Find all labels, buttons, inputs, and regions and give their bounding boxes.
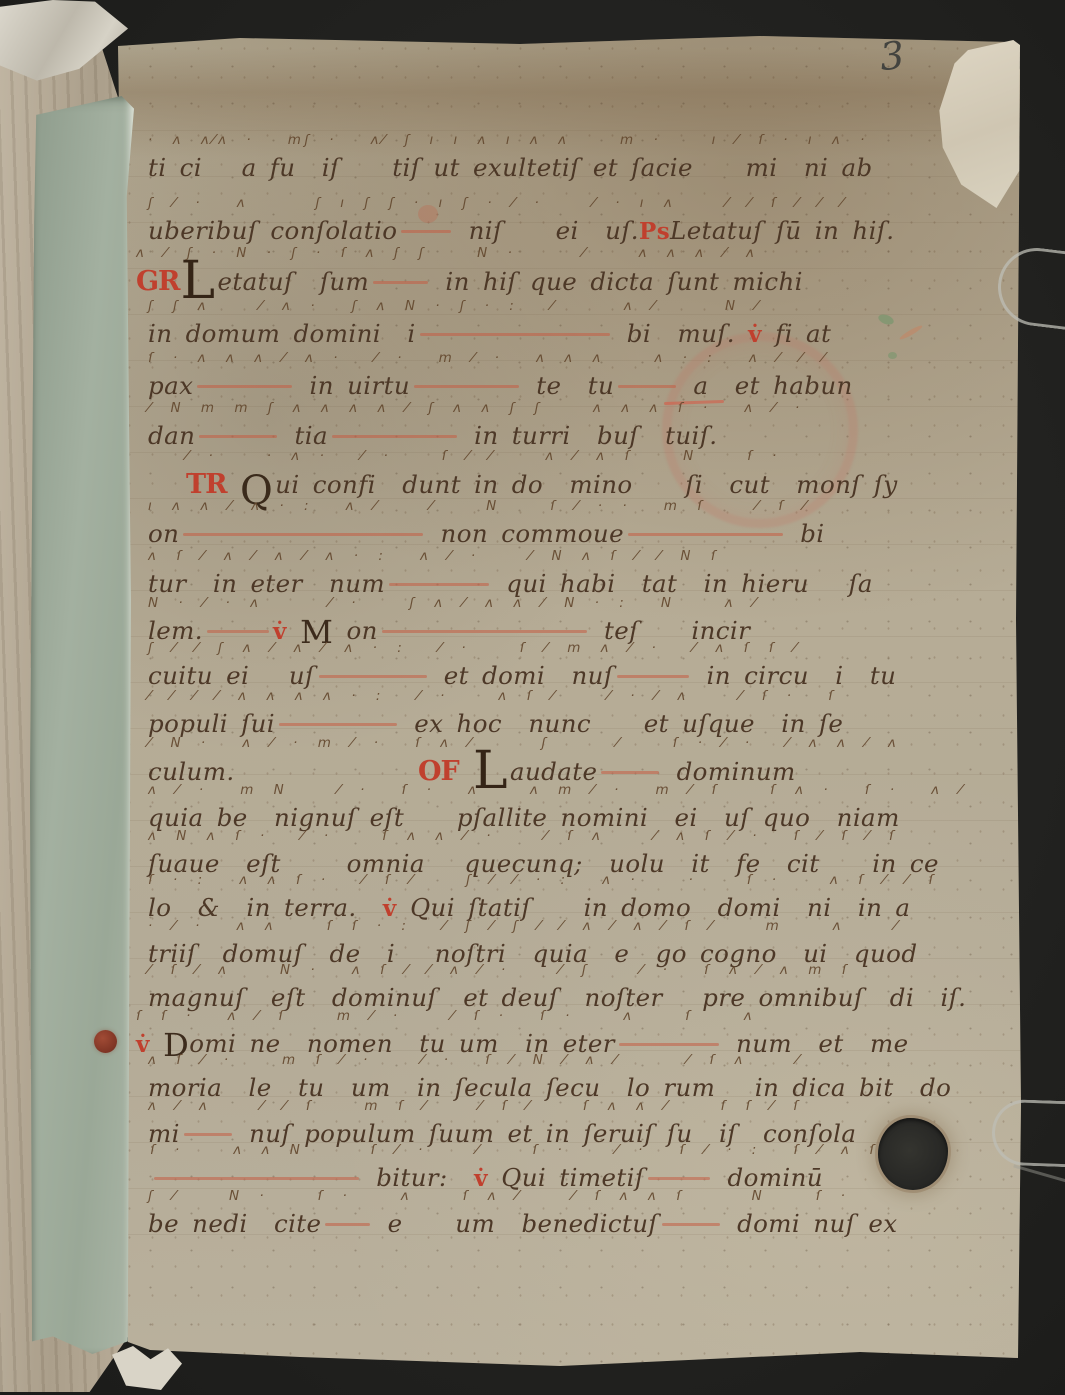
manuscript-line-4: ʃ ʃ ʌ ⁄ ʌ · ʃ ʌ N · ʃ · : ⁄ ʌ ⁄ N ⁄in do… (148, 298, 878, 348)
manuscript-line-9: ʌ ſ ⁄ ʌ ⁄ ʌ ⁄ ʌ · : ʌ ⁄ · ⁄ N ʌ ſ ⁄ ⁄ N … (148, 548, 878, 598)
word-group: in turri buſ tuiſ. (461, 421, 717, 450)
neume-row: ʌ ſ ⁄ · m ſ ⁄ · ⁄ · ſ ⁄ N ⁄ ʌ ⁄ ⁄ ſ ʌ ⁄ (148, 1052, 878, 1073)
neume-row: · ⁄ · ʌ ʌ ſ ſ · : ⁄ ʃ ⁄ ʃ ⁄ ⁄ ʌ ⁄ ʌ ⁄ ſ … (148, 918, 878, 939)
manuscript-line-23: ʃ ⁄ N · ſ · ʌ ſ ʌ ⁄ ⁄ ſ ʌ ʌ ſ N ſ ·be ne… (148, 1188, 878, 1238)
word-group: bi muſ. (614, 319, 749, 348)
folio-number: 3 (878, 33, 907, 79)
red-wax-drop (94, 1030, 117, 1053)
text-row: pax in uirtu te tu a et habun (148, 371, 878, 400)
text-row: in domum domini i bi muſ. v̇ fi at (148, 319, 878, 348)
neume-row: ʌ ⁄ ʌ ⁄ ⁄ ſ m ſ ⁄ ⁄ ſ ⁄ ſ ʌ ʌ ⁄ ſ ſ ⁄ ſ (148, 1098, 878, 1119)
word-group: niſ (455, 216, 502, 245)
manuscript-line-18: ⁄ ſ ⁄ ʌ N · ʌ ſ ⁄ ⁄ ʌ ⁄ · ⁄ ʃ ⁄ · ſ ʌ ⁄ … (148, 962, 878, 1012)
rubric: TR (186, 469, 240, 500)
neume-row: ſ · ʌ ʌ ʌ ⁄ ʌ · ⁄ · m ⁄ · ʌ ʌ ʌ ʌ · : ʌ … (148, 350, 878, 371)
neume-row: ʌ N ʌ ſ · ⁄ · ſ ʌ ʌ ⁄ · ⁄ ſ ʌ ⁄ ʌ ſ ⁄ · … (148, 828, 878, 849)
neume-row: ʃ ⁄ · ʌ ʃ ı ʃ ʃ · ı ʃ · ⁄ · ⁄ · ı ʌ ⁄ ⁄ … (148, 195, 878, 216)
manuscript-line-12: ⁄ ⁄ ⁄ ⁄ ʌ ʌ ʌ ʌ · : ⁄ · ʌ ſ ⁄ ⁄ · ⁄ ʌ ⁄ … (148, 688, 878, 738)
rubric: v̇ (748, 321, 762, 348)
manuscript-line-14: ʌ ⁄ · m N ⁄ · ſ · ʌ ʌ m ⁄ · m ⁄ ſ ſ ʌ · … (148, 782, 878, 832)
gap-filler-line (617, 675, 689, 678)
gap-filler-line (382, 630, 587, 633)
word-group: cuitu ei uſ (148, 661, 315, 690)
neume-row: ⁄ · · ʌ · ⁄ · ſ ⁄ ⁄ ʌ ⁄ ʌ ſ N ſ · (186, 448, 916, 469)
manuscript-line-1: · ʌ ʌ⁄ʌ · mʃ · ʌ⁄ ʃ ı ı ʌ ı ʌ ʌ m · ı ⁄ … (148, 132, 878, 182)
manuscript-line-16: ſ · : ʌ ʌ ſ · ⁄ ſ ⁄ ʃ ⁄ ⁄ · : ʌ · · ſ · … (148, 872, 878, 922)
gap-filler-line (618, 385, 676, 388)
gap-filler-line (373, 281, 428, 284)
gap-filler-line (628, 533, 783, 536)
gap-filler-line (414, 385, 519, 388)
manuscript-line-13: ⁄ N · ʌ ⁄ · m ⁄ · ſ ʌ ⁄ ʃ ⁄ ſ · ⁄ · ⁄ ʌ … (148, 735, 878, 787)
word-group: domi nuſ ex (724, 1209, 898, 1238)
gap-filler-line (325, 1223, 370, 1226)
manuscript-line-2: ʃ ⁄ · ʌ ʃ ı ʃ ʃ · ı ʃ · ⁄ · ⁄ · ı ʌ ⁄ ⁄ … (148, 195, 878, 245)
word-group: fi at (762, 319, 831, 348)
manuscript-line-5: ſ · ʌ ʌ ʌ ⁄ ʌ · ⁄ · m ⁄ · ʌ ʌ ʌ ʌ · : ʌ … (148, 350, 878, 400)
neume-row: ʌ ⁄ ʃ · N · ʃ · ſ ʌ ʃ ʃ N · ⁄ ʌ ʌ ʌ ⁄ ʌ (136, 245, 866, 266)
manuscript-line-17: · ⁄ · ʌ ʌ ſ ſ · : ⁄ ʃ ⁄ ʃ ⁄ ⁄ ʌ ⁄ ʌ ⁄ ſ … (148, 918, 878, 968)
word-group: dan (148, 421, 195, 450)
text-row: GRLetatuſ ſum in hiſ que dicta ſunt mich… (136, 266, 866, 297)
rubric: GR (136, 266, 180, 297)
neume-row: ʃ ⁄ N · ſ · ʌ ſ ʌ ⁄ ⁄ ſ ʌ ʌ ſ N ſ · (148, 1188, 878, 1209)
gap-filler-line (601, 771, 659, 774)
text-row: uberibuſ conſolatio niſ ei uſ.PsLetatuſ … (148, 216, 878, 245)
gap-filler-line (420, 333, 610, 336)
word-group: ei uſ. (542, 216, 639, 245)
neume-row: ʃ ⁄ ⁄ ʃ ʌ ⁄ ʌ ⁄ ʌ · : ⁄ · ſ ⁄ m ʌ ⁄ · ⁄ … (148, 640, 878, 661)
gap-filler-line (197, 385, 292, 388)
neume-row: ⁄ N · ʌ ⁄ · m ⁄ · ſ ʌ ⁄ ʃ ⁄ ſ · ⁄ · ⁄ ʌ … (148, 735, 878, 756)
manuscript-line-10: N · ⁄ · ʌ ⁄ · ʃ ʌ ⁄ ʌ ʌ ⁄ N · : N ʌ ⁄lem… (148, 595, 878, 645)
manuscript-line-20: ʌ ſ ⁄ · m ſ ⁄ · ⁄ · ſ ⁄ N ⁄ ʌ ⁄ ⁄ ſ ʌ ⁄m… (148, 1052, 878, 1102)
word-group: pax (148, 371, 193, 400)
manuscript-photo: · ʌ ʌ⁄ʌ · mʃ · ʌ⁄ ʃ ı ı ʌ ı ʌ ʌ m · ı ⁄ … (0, 0, 1065, 1395)
mounting-clip-bottom (991, 1099, 1065, 1168)
gap-filler-line (184, 1133, 232, 1136)
neume-row: N · ⁄ · ʌ ⁄ · ʃ ʌ ⁄ ʌ ʌ ⁄ N · : N ʌ ⁄ (148, 595, 878, 616)
neume-row: ⁄ ſ ⁄ ʌ N · ʌ ſ ⁄ ⁄ ʌ ⁄ · ⁄ ʃ ⁄ · ſ ʌ ⁄ … (148, 962, 878, 983)
word-group: ti ci a fu iſ tiſ ut exultetiſ et ſacie … (148, 153, 873, 182)
neume-row: ı ʌ ʌ ⁄ ʌ · : ʌ ⁄ ⁄ N ſ ⁄ · · m ſ ⁄ ſ ⁄ (148, 498, 878, 519)
word-group: qui habi tat in hieru ſa (493, 569, 873, 598)
manuscript-line-21: ʌ ⁄ ʌ ⁄ ⁄ ſ m ſ ⁄ ⁄ ſ ⁄ ſ ʌ ʌ ⁄ ſ ſ ⁄ ſm… (148, 1098, 878, 1148)
neume-row: ſ ſ · ʌ ⁄ ſ m ⁄ · ⁄ ſ · ſ · ʌ ſ ʌ (136, 1008, 866, 1029)
neume-row: ʌ ⁄ · m N ⁄ · ſ · ʌ ʌ m ⁄ · m ⁄ ſ ſ ʌ · … (148, 782, 878, 803)
gap-filler-line (279, 723, 397, 726)
text-row: dan tia in turri buſ tuiſ. (148, 421, 878, 450)
gap-filler-line (207, 630, 269, 633)
gap-filler-line (662, 1223, 720, 1226)
word-group: et domi nuſ (431, 661, 614, 690)
manuscript-line-15: ʌ N ʌ ſ · ⁄ · ſ ʌ ʌ ⁄ · ⁄ ſ ʌ ⁄ ʌ ſ ⁄ · … (148, 828, 878, 878)
word-group: in uirtu (296, 371, 410, 400)
word-group: te tu (523, 371, 614, 400)
neume-row: ⁄ ⁄ ⁄ ⁄ ʌ ʌ ʌ ʌ · : ⁄ · ʌ ſ ⁄ ⁄ · ⁄ ʌ ⁄ … (148, 688, 878, 709)
gap-filler-line (183, 533, 423, 536)
gap-filler-line (319, 675, 427, 678)
gap-filler-line (619, 1043, 719, 1046)
word-group: in circu i tu (693, 661, 896, 690)
manuscript-line-8: ı ʌ ʌ ⁄ ʌ · : ʌ ⁄ ⁄ N ſ ⁄ · · m ſ ⁄ ſ ⁄o… (148, 498, 878, 548)
text-row: on non commoue bi (148, 519, 878, 548)
word-group: in domum domini i (148, 319, 416, 348)
text-row: be nedi cite e um benedictuſ domi nuſ ex (148, 1209, 878, 1238)
gap-filler-line (199, 435, 277, 438)
text-row: TR Qui confi dunt in do mino ſi cut monſ… (186, 469, 916, 500)
manuscript-line-19: ſ ſ · ʌ ⁄ ſ m ⁄ · ⁄ ſ · ſ · ʌ ſ ʌv̇ Domi… (136, 1008, 866, 1058)
text-row: ti ci a fu iſ tiſ ut exultetiſ et ſacie … (148, 153, 878, 182)
text-row: populi ſui ex hoc nunc et uſque in ſe (148, 709, 878, 738)
gap-filler-line (389, 583, 489, 586)
gap-filler-line (401, 230, 451, 233)
rubric: Ps (639, 218, 670, 245)
neume-row: ʌ ſ ⁄ ʌ ⁄ ʌ ⁄ ʌ · : ʌ ⁄ · ⁄ N ʌ ſ ⁄ ⁄ N … (148, 548, 878, 569)
word-group: bi (787, 519, 825, 548)
word-group: on (148, 519, 179, 548)
word-group: a et habun (680, 371, 853, 400)
neume-row: · ʌ ʌ⁄ʌ · mʃ · ʌ⁄ ʃ ı ı ʌ ı ʌ ʌ m · ı ⁄ … (148, 132, 878, 153)
neume-row: ſ · ʌ ʌ N ſ ⁄ · ⁄ ſ · ⁄ · ſ ⁄ · : ſ ⁄ ʌ … (150, 1142, 880, 1163)
word-group: Letatuſ ſū in hiſ. (670, 216, 894, 245)
gap-filler-line (332, 435, 457, 438)
gap-filler-line (154, 1177, 359, 1180)
neume-row: ʃ ʃ ʌ ⁄ ʌ · ʃ ʌ N · ʃ · : ⁄ ʌ ⁄ N ⁄ (148, 298, 878, 319)
word-group: non commoue (427, 519, 624, 548)
manuscript-line-11: ʃ ⁄ ⁄ ʃ ʌ ⁄ ʌ ⁄ ʌ · : ⁄ · ſ ⁄ m ʌ ⁄ · ⁄ … (148, 640, 878, 690)
word-group: in hiſ que dicta ſunt michi (432, 267, 803, 296)
neume-row: ⁄ N m m ʃ ʌ ʌ ʌ ʌ ⁄ ʃ ʌ ʌ ʃ ʃ ʌ ʌ ʌ ſ · … (148, 400, 878, 421)
word-group: uberibuſ conſolatio (148, 216, 397, 245)
manuscript-line-7: ⁄ · · ʌ · ⁄ · ſ ⁄ ⁄ ʌ ⁄ ʌ ſ N ſ ·TR Qui … (186, 448, 916, 500)
word-group: populi ſui (148, 709, 275, 738)
manuscript-line-3: ʌ ⁄ ʃ · N · ʃ · ſ ʌ ʃ ʃ N · ⁄ ʌ ʌ ʌ ⁄ ʌG… (136, 245, 866, 297)
word-group: e um benedictuſ (374, 1209, 657, 1238)
gap-filler-line (648, 1177, 710, 1180)
word-group: tur in eter num (148, 569, 385, 598)
text-row: tur in eter num qui habi tat in hieru ſa (148, 569, 878, 598)
word-group: be nedi cite (148, 1209, 321, 1238)
manuscript-line-6: ⁄ N m m ʃ ʌ ʌ ʌ ʌ ⁄ ʃ ʌ ʌ ʃ ʃ ʌ ʌ ʌ ſ · … (148, 400, 878, 450)
word-group: etatuſ ſum (217, 267, 369, 296)
manuscript-line-22: ſ · ʌ ʌ N ſ ⁄ · ⁄ ſ · ⁄ · ſ ⁄ · : ſ ⁄ ʌ … (150, 1142, 880, 1192)
word-group: ex hoc nunc et uſque in ſe (401, 709, 843, 738)
neume-row: ſ · : ʌ ʌ ſ · ⁄ ſ ⁄ ʃ ⁄ ⁄ · : ʌ · · ſ · … (148, 872, 878, 893)
text-row: cuitu ei uſ et domi nuſ in circu i tu (148, 661, 878, 690)
word-group: tia (281, 421, 328, 450)
word-group: ui confi dunt in do mino ſi cut monſ ſy (275, 470, 898, 499)
